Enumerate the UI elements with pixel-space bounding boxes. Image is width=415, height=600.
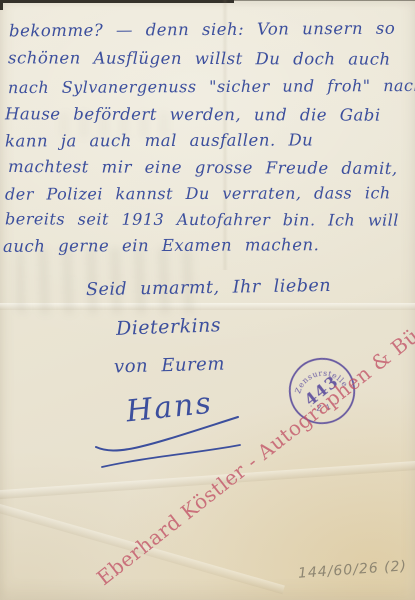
handwritten-letter-scan: bekomme? — denn sieh: Von unsern so schö… <box>0 0 415 600</box>
letter-line: der Polizei kannst Du verraten, dass ich <box>5 183 391 203</box>
scan-edge-corner <box>0 0 3 10</box>
closing-line: von Eurem <box>114 354 225 378</box>
letter-line: schönen Ausflügen willst Du doch auch <box>8 48 391 68</box>
inventory-annotation: 144/60/26 (2) <box>298 558 408 582</box>
scan-edge-dark <box>0 0 234 3</box>
closing-line: Seid umarmt, Ihr lieben <box>86 276 331 300</box>
letter-line: bekomme? — denn sieh: Von unsern so <box>9 19 395 41</box>
closing-line: Dieterkins <box>116 314 222 340</box>
letter-line: bereits seit 1913 Autofahrer bin. Ich wi… <box>5 209 399 229</box>
letter-line: Hause befördert werden, und die Gabi <box>5 104 381 124</box>
letter-line: auch gerne ein Examen machen. <box>3 235 319 256</box>
letter-line: machtest mir eine grosse Freude damit, <box>8 157 398 178</box>
letter-line: kann ja auch mal ausfallen. Du <box>5 130 313 150</box>
letter-line: nach Sylvanergenuss "sicher und froh" na… <box>8 76 415 97</box>
